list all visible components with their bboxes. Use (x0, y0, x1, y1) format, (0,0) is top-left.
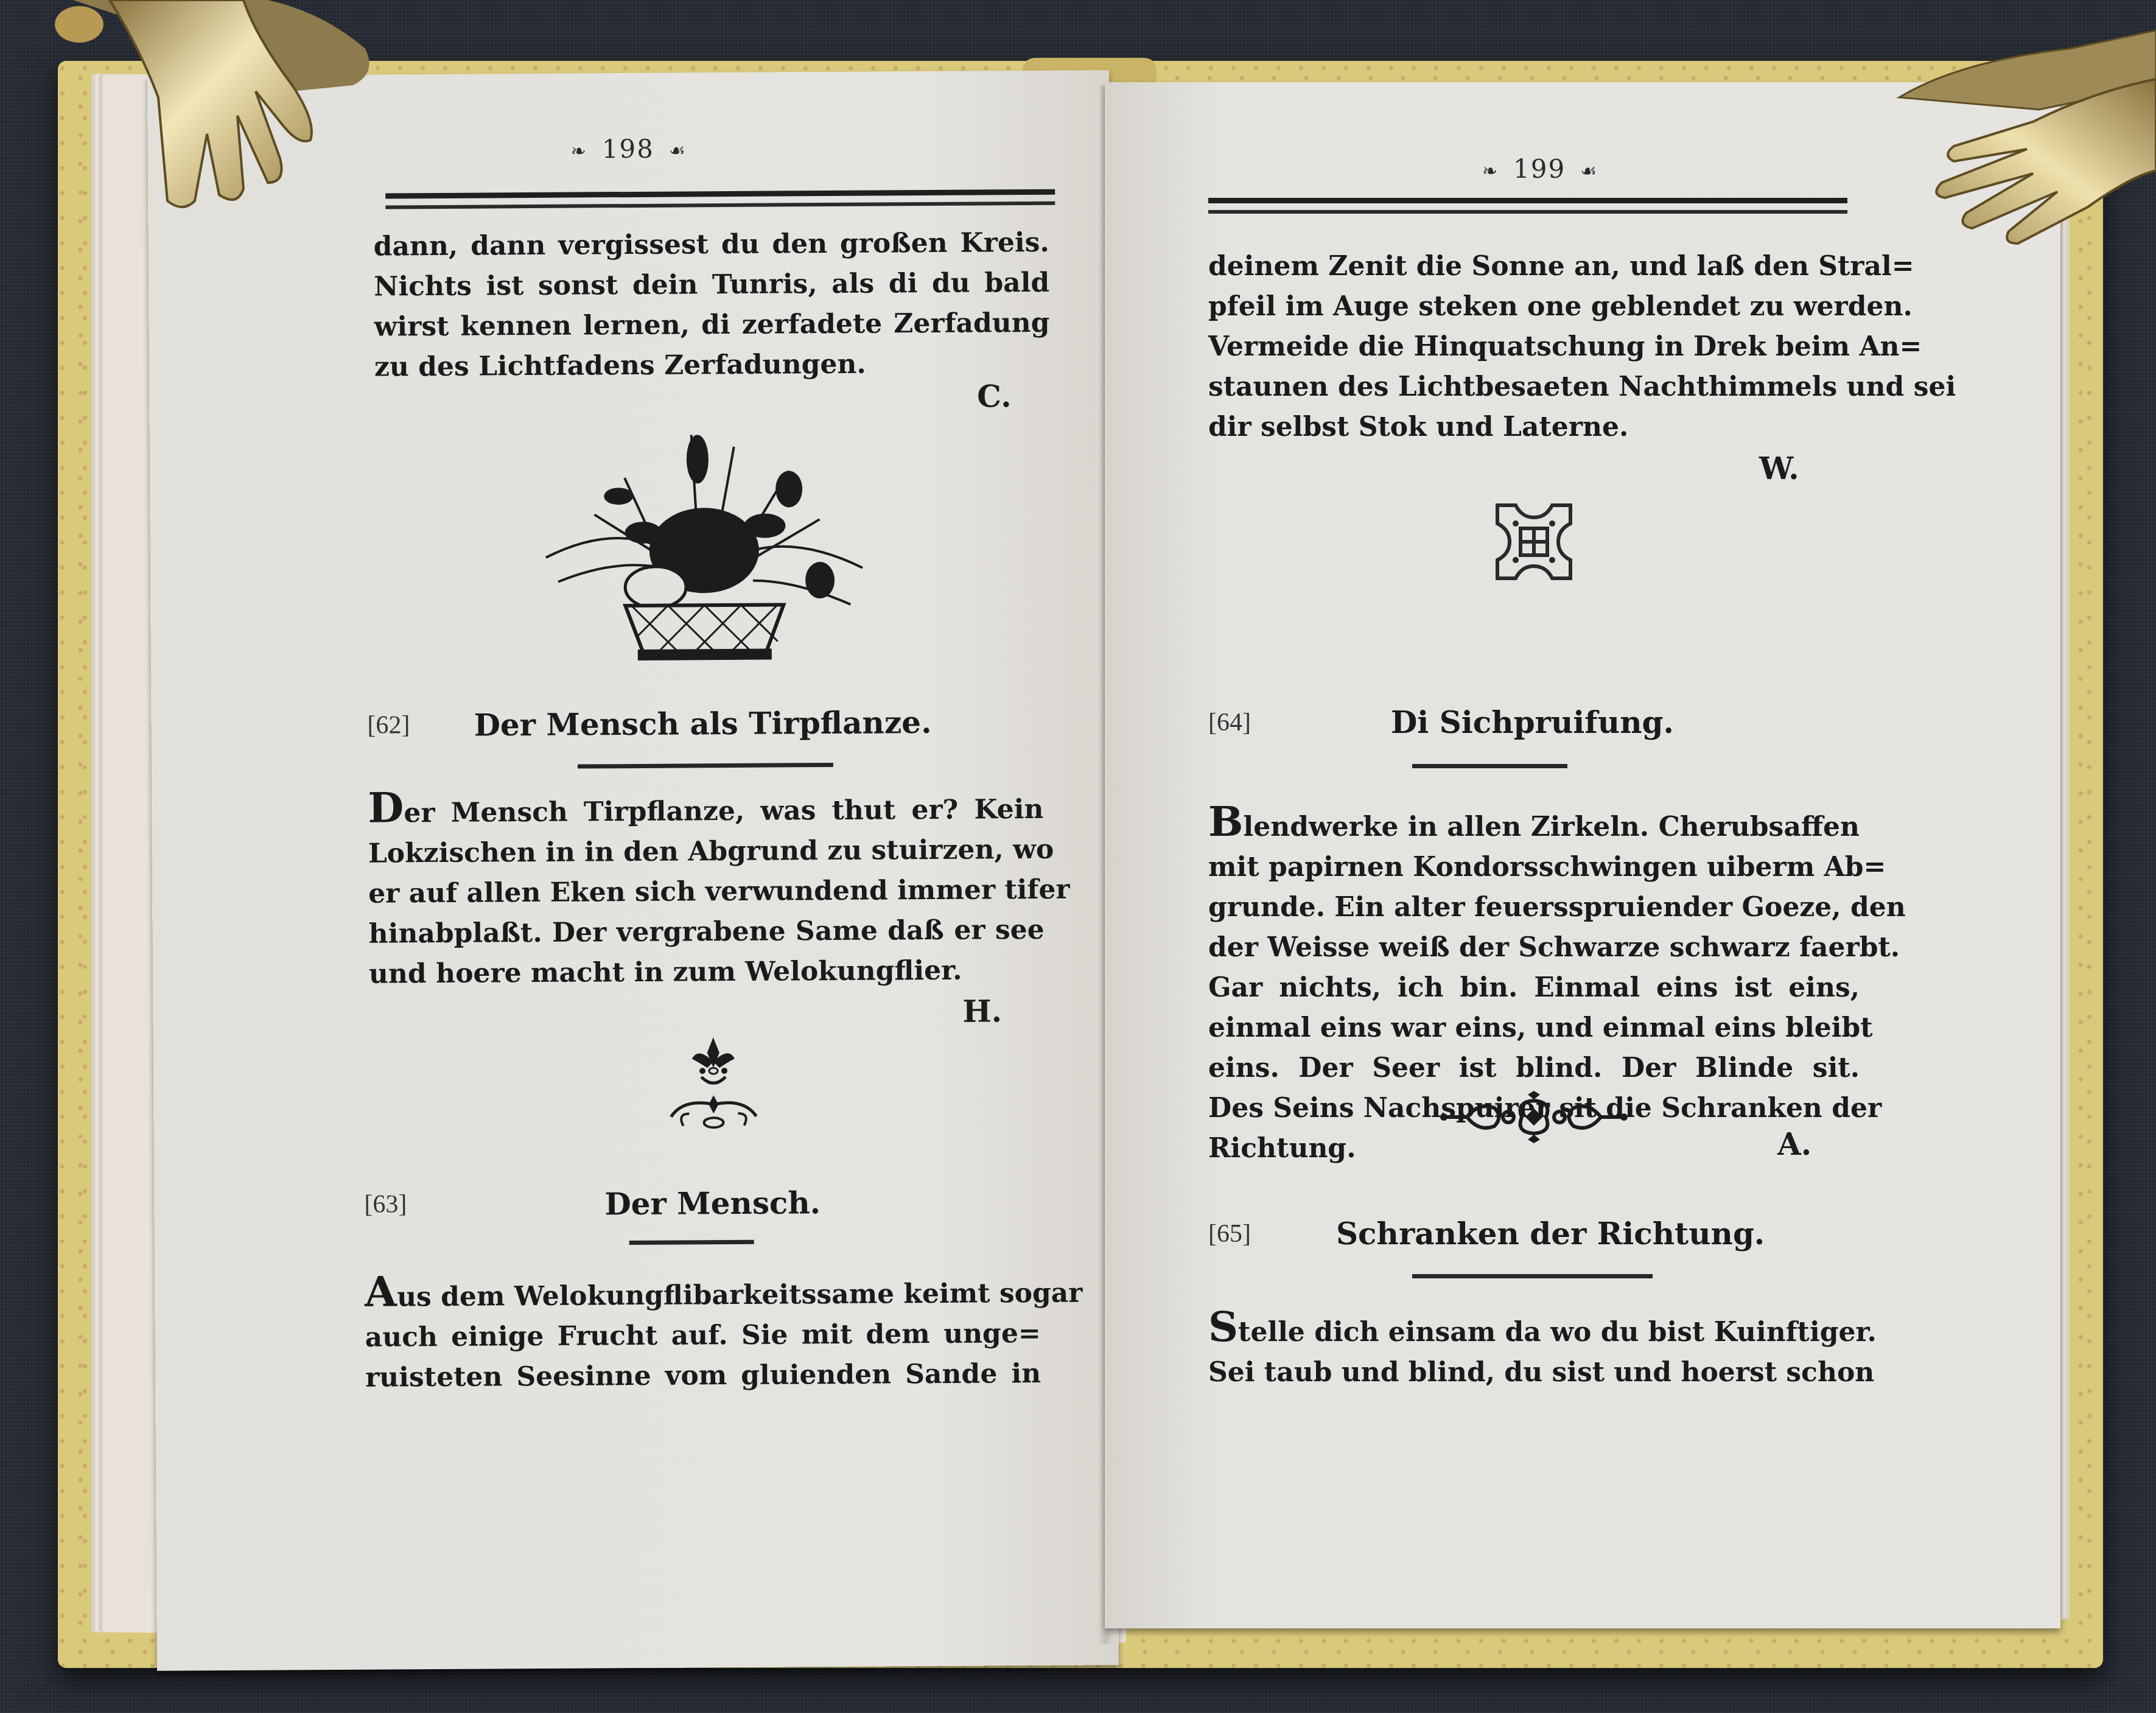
text-line: Vermeide die Hinquatschung in Drek beim … (1208, 327, 1847, 367)
text-line: lendwerke in allen Zirkeln. Cherubsaffen (1243, 811, 1860, 842)
fleuron-icon: ☙ (1580, 161, 1598, 182)
section-number: [65] (1208, 1219, 1251, 1249)
left-page: ❧198☙ dann, dann vergissest du den große… (147, 70, 1119, 1671)
text-line: staunen des Lichtbesaeten Nachthimmels u… (1208, 367, 1847, 407)
horizontal-ornament-icon (1437, 1090, 1631, 1144)
section-title: Der Mensch als Tirpflanze. (474, 704, 931, 743)
author-signature: W. (1759, 450, 1799, 486)
text-line: Gar nichts, ich bin. Einmal eins ist ein… (1208, 968, 1860, 1008)
author-signature: A. (1777, 1126, 1811, 1162)
text-line: dann, dann vergissest du den großen Krei… (374, 223, 1049, 267)
text-line: us dem Welokungflibarkeitssame keimt sog… (397, 1278, 1083, 1313)
text-line: Nichts ist sonst dein Tunris, als di du … (374, 263, 1049, 307)
drop-initial: S (1208, 1303, 1238, 1351)
fleuron-icon: ☙ (669, 140, 687, 161)
fleuron-icon: ❧ (571, 141, 587, 162)
text-line: wirst kennen lernen, di zerfadete Zerfad… (374, 303, 1049, 348)
header-double-rule (1208, 198, 1847, 214)
page-number: 198 (602, 134, 654, 164)
text-line: und hoere macht in zum Welokungflier. (369, 950, 1045, 995)
brass-hand-left-icon (37, 0, 426, 231)
section-number: [64] (1208, 708, 1251, 737)
section-body: Aus dem Welokungflibarkeitssame keimt so… (365, 1273, 1041, 1398)
text-line: einmal eins war eins, und einmal eins bl… (1208, 1008, 1860, 1048)
section-rule (629, 1240, 754, 1245)
author-signature: H. (962, 993, 1002, 1029)
flower-basket-icon (533, 422, 875, 667)
section-number: [63] (364, 1189, 407, 1219)
fleuron-icon: ❧ (1482, 161, 1499, 182)
text-line: auch einige Frucht auf. Sie mit dem unge… (365, 1314, 1040, 1358)
text-line: pfeil im Auge steken one geblendet zu we… (1208, 287, 1847, 327)
square-ornament-icon (1491, 499, 1577, 584)
section-rule (578, 763, 833, 769)
section-body: Stelle dich einsam da wo du bist Kuinfti… (1208, 1312, 1866, 1393)
section-rule (1412, 764, 1567, 768)
text-line: der Weisse weiß der Schwarze schwarz fae… (1208, 928, 1860, 968)
text-line: mit papirnen Kondorsschwingen uiberm Ab= (1208, 847, 1860, 888)
text-line: hinabplaßt. Der vergrabene Same daß er s… (368, 910, 1044, 955)
drop-initial: D (368, 783, 404, 832)
drop-initial: A (365, 1267, 397, 1316)
text-line: deinem Zenit die Sonne an, und laß den S… (1208, 247, 1847, 287)
text-line: ruisteten Seesinne vom gluienden Sande i… (365, 1354, 1041, 1398)
page-header-right: ❧199☙ (1105, 154, 1975, 184)
drop-initial: B (1208, 797, 1243, 846)
section-number: [62] (367, 710, 410, 740)
fleur-de-lis-icon (665, 1034, 763, 1132)
header-double-rule (385, 189, 1055, 209)
section-title: Schranken der Richtung. (1336, 1216, 1765, 1252)
text-line: grunde. Ein alter feuersspruiender Goeze… (1208, 888, 1860, 928)
text-line: er Mensch Tirpflanze, was thut er? Kein (404, 794, 1043, 828)
section-title: Der Mensch. (604, 1185, 821, 1222)
text-line: telle dich einsam da wo du bist Kuinftig… (1238, 1317, 1877, 1348)
section-rule (1412, 1274, 1653, 1278)
text-line: er auf allen Eken sich verwundend immer … (368, 870, 1044, 914)
section-body: Der Mensch Tirpflanze, was thut er? Kein… (368, 789, 1045, 995)
page-number: 199 (1513, 154, 1566, 184)
text-line: zu des Lichtfadens Zerfadungen. (374, 343, 1050, 388)
author-signature: C. (977, 378, 1012, 414)
section-title: Di Sichpruifung. (1391, 704, 1674, 740)
continuation-text: deinem Zenit die Sonne an, und laß den S… (1208, 247, 1847, 447)
text-line: Lokzischen in in den Abgrund zu stuirzen… (368, 830, 1044, 874)
continuation-text: dann, dann vergissest du den großen Krei… (374, 223, 1051, 388)
brass-hand-right-icon (1887, 24, 2156, 256)
text-line: dir selbst Stok und Laterne. (1208, 407, 1847, 447)
right-page: ❧199☙ deinem Zenit die Sonne an, und laß… (1105, 82, 2060, 1628)
text-line: eins. Der Seer ist blind. Der Blinde sit… (1208, 1048, 1860, 1088)
text-line: Sei taub und blind, du sist und hoerst s… (1208, 1353, 1866, 1393)
